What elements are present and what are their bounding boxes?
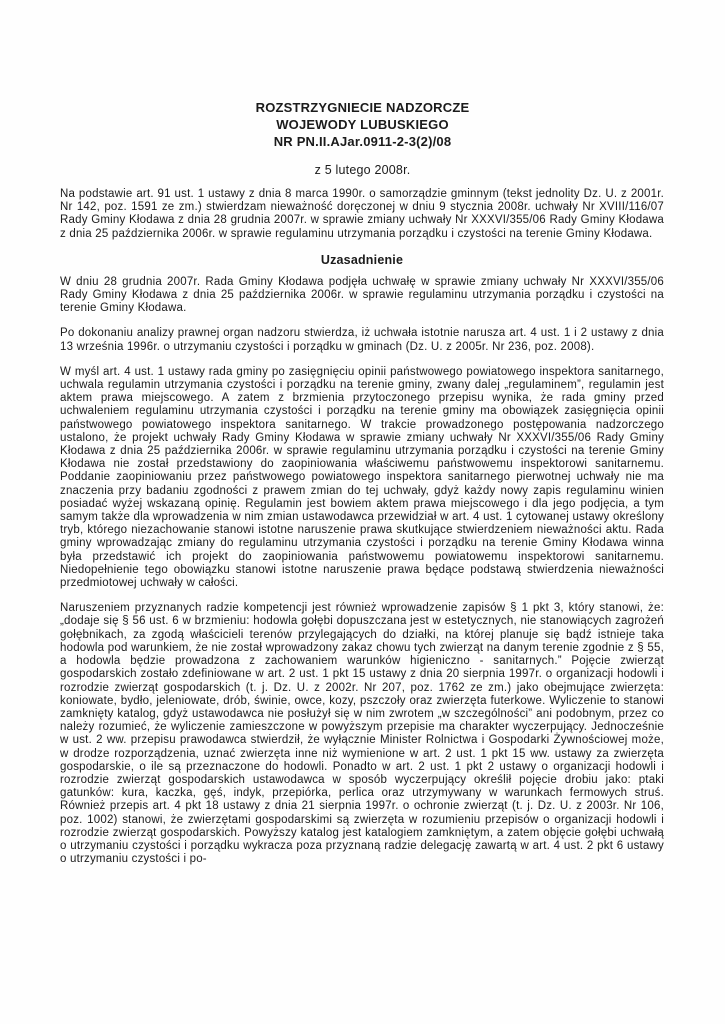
- document-page: ROZSTRZYGNIECIE NADZORCZE WOJEWODY LUBUS…: [0, 0, 725, 1024]
- body-paragraph-3: W myśl art. 4 ust. 1 ustawy rada gminy p…: [60, 366, 664, 590]
- body-paragraph-4: Naruszeniem przyznanych radzie kompetenc…: [60, 602, 664, 866]
- body-paragraph-1: W dniu 28 grudnia 2007r. Rada Gminy Kłod…: [60, 276, 664, 316]
- document-title-line-2: WOJEWODY LUBUSKIEGO: [0, 116, 725, 133]
- document-header: ROZSTRZYGNIECIE NADZORCZE WOJEWODY LUBUS…: [0, 99, 725, 178]
- document-date: z 5 lutego 2008r.: [0, 163, 725, 178]
- section-heading-uzasadnienie: Uzasadnienie: [60, 253, 664, 267]
- body-paragraph-2: Po dokonaniu analizy prawnej organ nadzo…: [60, 327, 664, 353]
- document-number: NR PN.II.AJar.0911-2-3(2)/08: [0, 133, 725, 150]
- intro-paragraph: Na podstawie art. 91 ust. 1 ustawy z dni…: [60, 188, 664, 241]
- document-body: Na podstawie art. 91 ust. 1 ustawy z dni…: [60, 188, 664, 878]
- document-title-line-1: ROZSTRZYGNIECIE NADZORCZE: [0, 99, 725, 116]
